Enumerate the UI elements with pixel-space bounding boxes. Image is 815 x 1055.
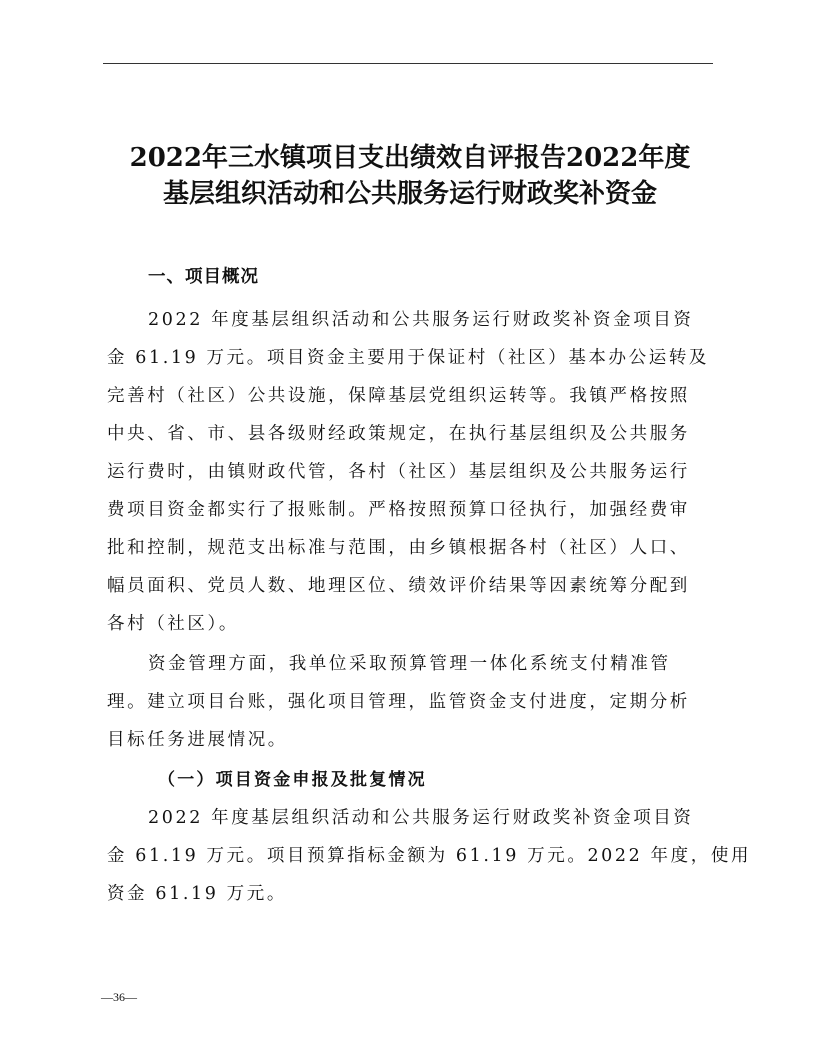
header-rule <box>103 63 713 64</box>
title-line-2: 基层组织活动和公共服务运行财政奖补资金 <box>100 176 720 212</box>
paragraph-line: 资金管理方面，我单位采取预算管理一体化系统支付精准管 <box>148 652 671 676</box>
section-heading-overview: 一、项目概况 <box>148 263 259 288</box>
paragraph-line: 运行费时，由镇财政代管，各村（社区）基层组织及公共服务运行 <box>107 460 690 484</box>
paragraph-line: 金 61.19 万元。项目预算指标金额为 61.19 万元。2022 年度，使用 <box>107 844 751 868</box>
paragraph-line: 2022 年度基层组织活动和公共服务运行财政奖补资金项目资 <box>148 308 694 332</box>
paragraph-line: 2022 年度基层组织活动和公共服务运行财政奖补资金项目资 <box>148 806 694 830</box>
paragraph-line: 批和控制，规范支出标准与范围，由乡镇根据各村（社区）人口、 <box>107 536 690 560</box>
document-title: 2022年三水镇项目支出绩效自评报告2022年度 基层组织活动和公共服务运行财政… <box>100 140 720 212</box>
page-number: —36— <box>101 990 137 1005</box>
paragraph-line: 中央、省、市、县各级财经政策规定，在执行基层组织及公共服务 <box>107 422 690 446</box>
paragraph-line: 金 61.19 万元。项目资金主要用于保证村（社区）基本办公运转及 <box>107 346 709 370</box>
paragraph-line: 目标任务进展情况。 <box>107 728 288 752</box>
title-line-1: 2022年三水镇项目支出绩效自评报告2022年度 <box>100 140 720 176</box>
paragraph-line: 各村（社区）。 <box>107 612 239 636</box>
paragraph-line: 理。建立项目台账，强化项目管理，监管资金支付进度，定期分析 <box>107 690 690 714</box>
subsection-heading-funding: （一）项目资金申报及批复情况 <box>158 765 427 790</box>
paragraph-line: 完善村（社区）公共设施，保障基层党组织运转等。我镇严格按照 <box>107 384 690 408</box>
paragraph-line: 费项目资金都实行了报账制。严格按照预算口径执行，加强经费审 <box>107 498 690 522</box>
paragraph-line: 幅员面积、党员人数、地理区位、绩效评价结果等因素统筹分配到 <box>107 574 690 598</box>
paragraph-line: 资金 61.19 万元。 <box>107 882 287 906</box>
